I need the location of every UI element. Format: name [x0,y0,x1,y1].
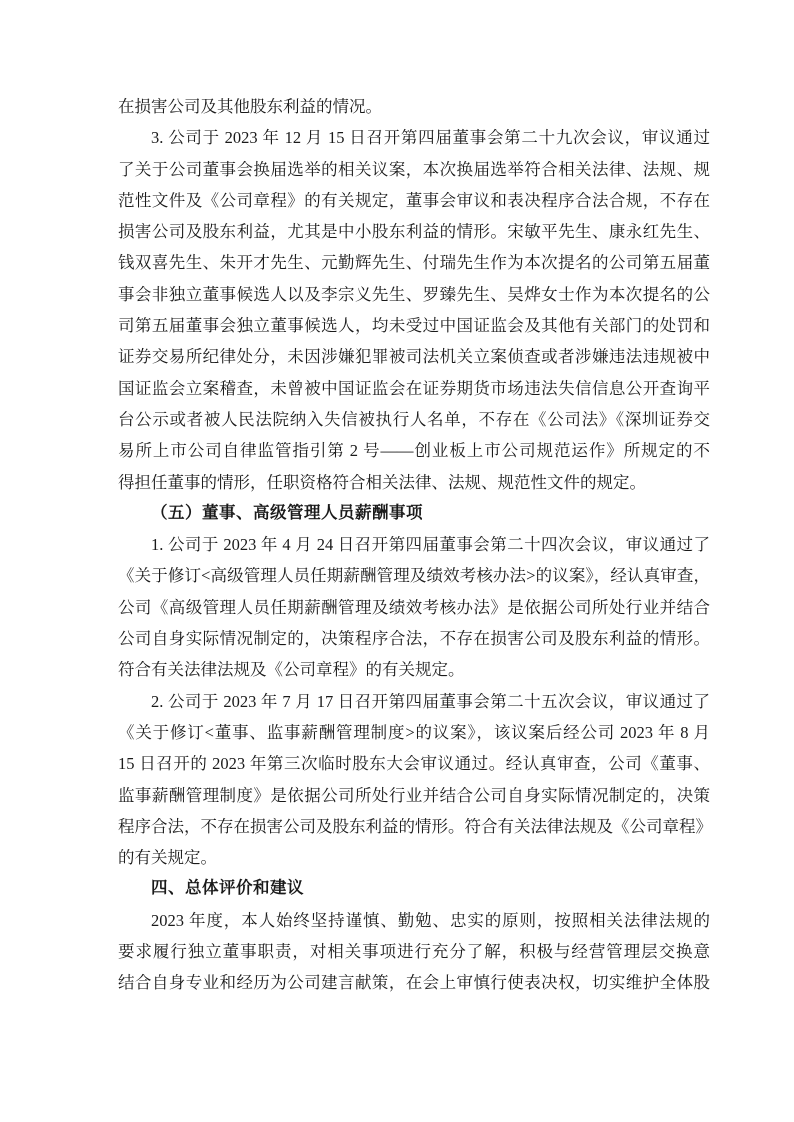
text-line: 2. 公司于 2023 年 7 月 17 日召开第四届董事会第二十五次会议，审议… [118,686,710,717]
text-line: 结合自身专业和经历为公司建言献策，在会上审慎行使表决权，切实维护全体股 [118,967,710,998]
text-line: 监事薪酬管理制度》是依据公司所处行业并结合公司自身实际情况制定的，决策 [118,780,710,811]
paragraph: 在损害公司及其他股东利益的情况。 [118,91,710,122]
paragraph: 1. 公司于 2023 年 4 月 24 日召开第四届董事会第二十四次会议，审议… [118,529,710,685]
section-heading: 四、总体评价和建议 [118,873,710,904]
text-line: 15 日召开的 2023 年第三次临时股东大会审议通过。经认真审查，公司《董事、 [118,748,710,779]
text-line: 司第五届董事会独立董事候选人，均未受过中国证监会及其他有关部门的处罚和 [118,310,710,341]
text-line: 得担任董事的情形，任职资格符合相关法律、法规、规范性文件的规定。 [118,467,710,498]
text-line: 易所上市公司自律监管指引第 2 号——创业板上市公司规范运作》所规定的不 [118,435,710,466]
text-line: 2023 年度，本人始终坚持谨慎、勤勉、忠实的原则，按照相关法律法规的 [118,905,710,936]
text-line: 3. 公司于 2023 年 12 月 15 日召开第四届董事会第二十九次会议，审… [118,122,710,153]
text-line: 事会非独立董事候选人以及李宗义先生、罗臻先生、吴烨女士作为本次提名的公 [118,279,710,310]
text-line: 程序合法，不存在损害公司及股东利益的情形。符合有关法律法规及《公司章程》 [118,811,710,842]
document-body: 在损害公司及其他股东利益的情况。3. 公司于 2023 年 12 月 15 日召… [118,91,710,999]
text-line: 损害公司及股东利益，尤其是中小股东利益的情形。宋敏平先生、康永红先生、 [118,216,710,247]
paragraph: 2023 年度，本人始终坚持谨慎、勤勉、忠实的原则，按照相关法律法规的要求履行独… [118,905,710,999]
text-line: 台公示或者被人民法院纳入失信被执行人名单，不存在《公司法》《深圳证券交 [118,404,710,435]
text-line: 范性文件及《公司章程》的有关规定，董事会审议和表决程序合法合规，不存在 [118,185,710,216]
text-line: 在损害公司及其他股东利益的情况。 [118,91,710,122]
text-line: 公司自身实际情况制定的，决策程序合法，不存在损害公司及股东利益的情形。 [118,623,710,654]
paragraph: 3. 公司于 2023 年 12 月 15 日召开第四届董事会第二十九次会议，审… [118,122,710,498]
text-line: 公司《高级管理人员任期薪酬管理及绩效考核办法》是依据公司所处行业并结合 [118,592,710,623]
text-line: 的有关规定。 [118,842,710,873]
text-line: 要求履行独立董事职责，对相关事项进行充分了解，积极与经营管理层交换意见， [118,936,710,967]
text-line: 符合有关法律法规及《公司章程》的有关规定。 [118,654,710,685]
text-line: 《关于修订<董事、监事薪酬管理制度>的议案》，该议案后经公司 2023 年 8 … [118,717,710,748]
text-line: 《关于修订<高级管理人员任期薪酬管理及绩效考核办法>的议案》，经认真审查， [118,560,710,591]
document-page: 在损害公司及其他股东利益的情况。3. 公司于 2023 年 12 月 15 日召… [0,0,794,1122]
text-line: 证券交易所纪律处分，未因涉嫌犯罪被司法机关立案侦查或者涉嫌违法违规被中 [118,341,710,372]
text-line: 了关于公司董事会换届选举的相关议案，本次换届选举符合相关法律、法规、规 [118,154,710,185]
paragraph: 2. 公司于 2023 年 7 月 17 日召开第四届董事会第二十五次会议，审议… [118,686,710,874]
text-line: 国证监会立案稽查，未曾被中国证监会在证券期货市场违法失信信息公开查询平 [118,373,710,404]
text-line: 1. 公司于 2023 年 4 月 24 日召开第四届董事会第二十四次会议，审议… [118,529,710,560]
text-line: 钱双喜先生、朱开才先生、元勤辉先生、付瑞先生作为本次提名的公司第五届董 [118,247,710,278]
section-heading: （五）董事、高级管理人员薪酬事项 [118,498,710,529]
